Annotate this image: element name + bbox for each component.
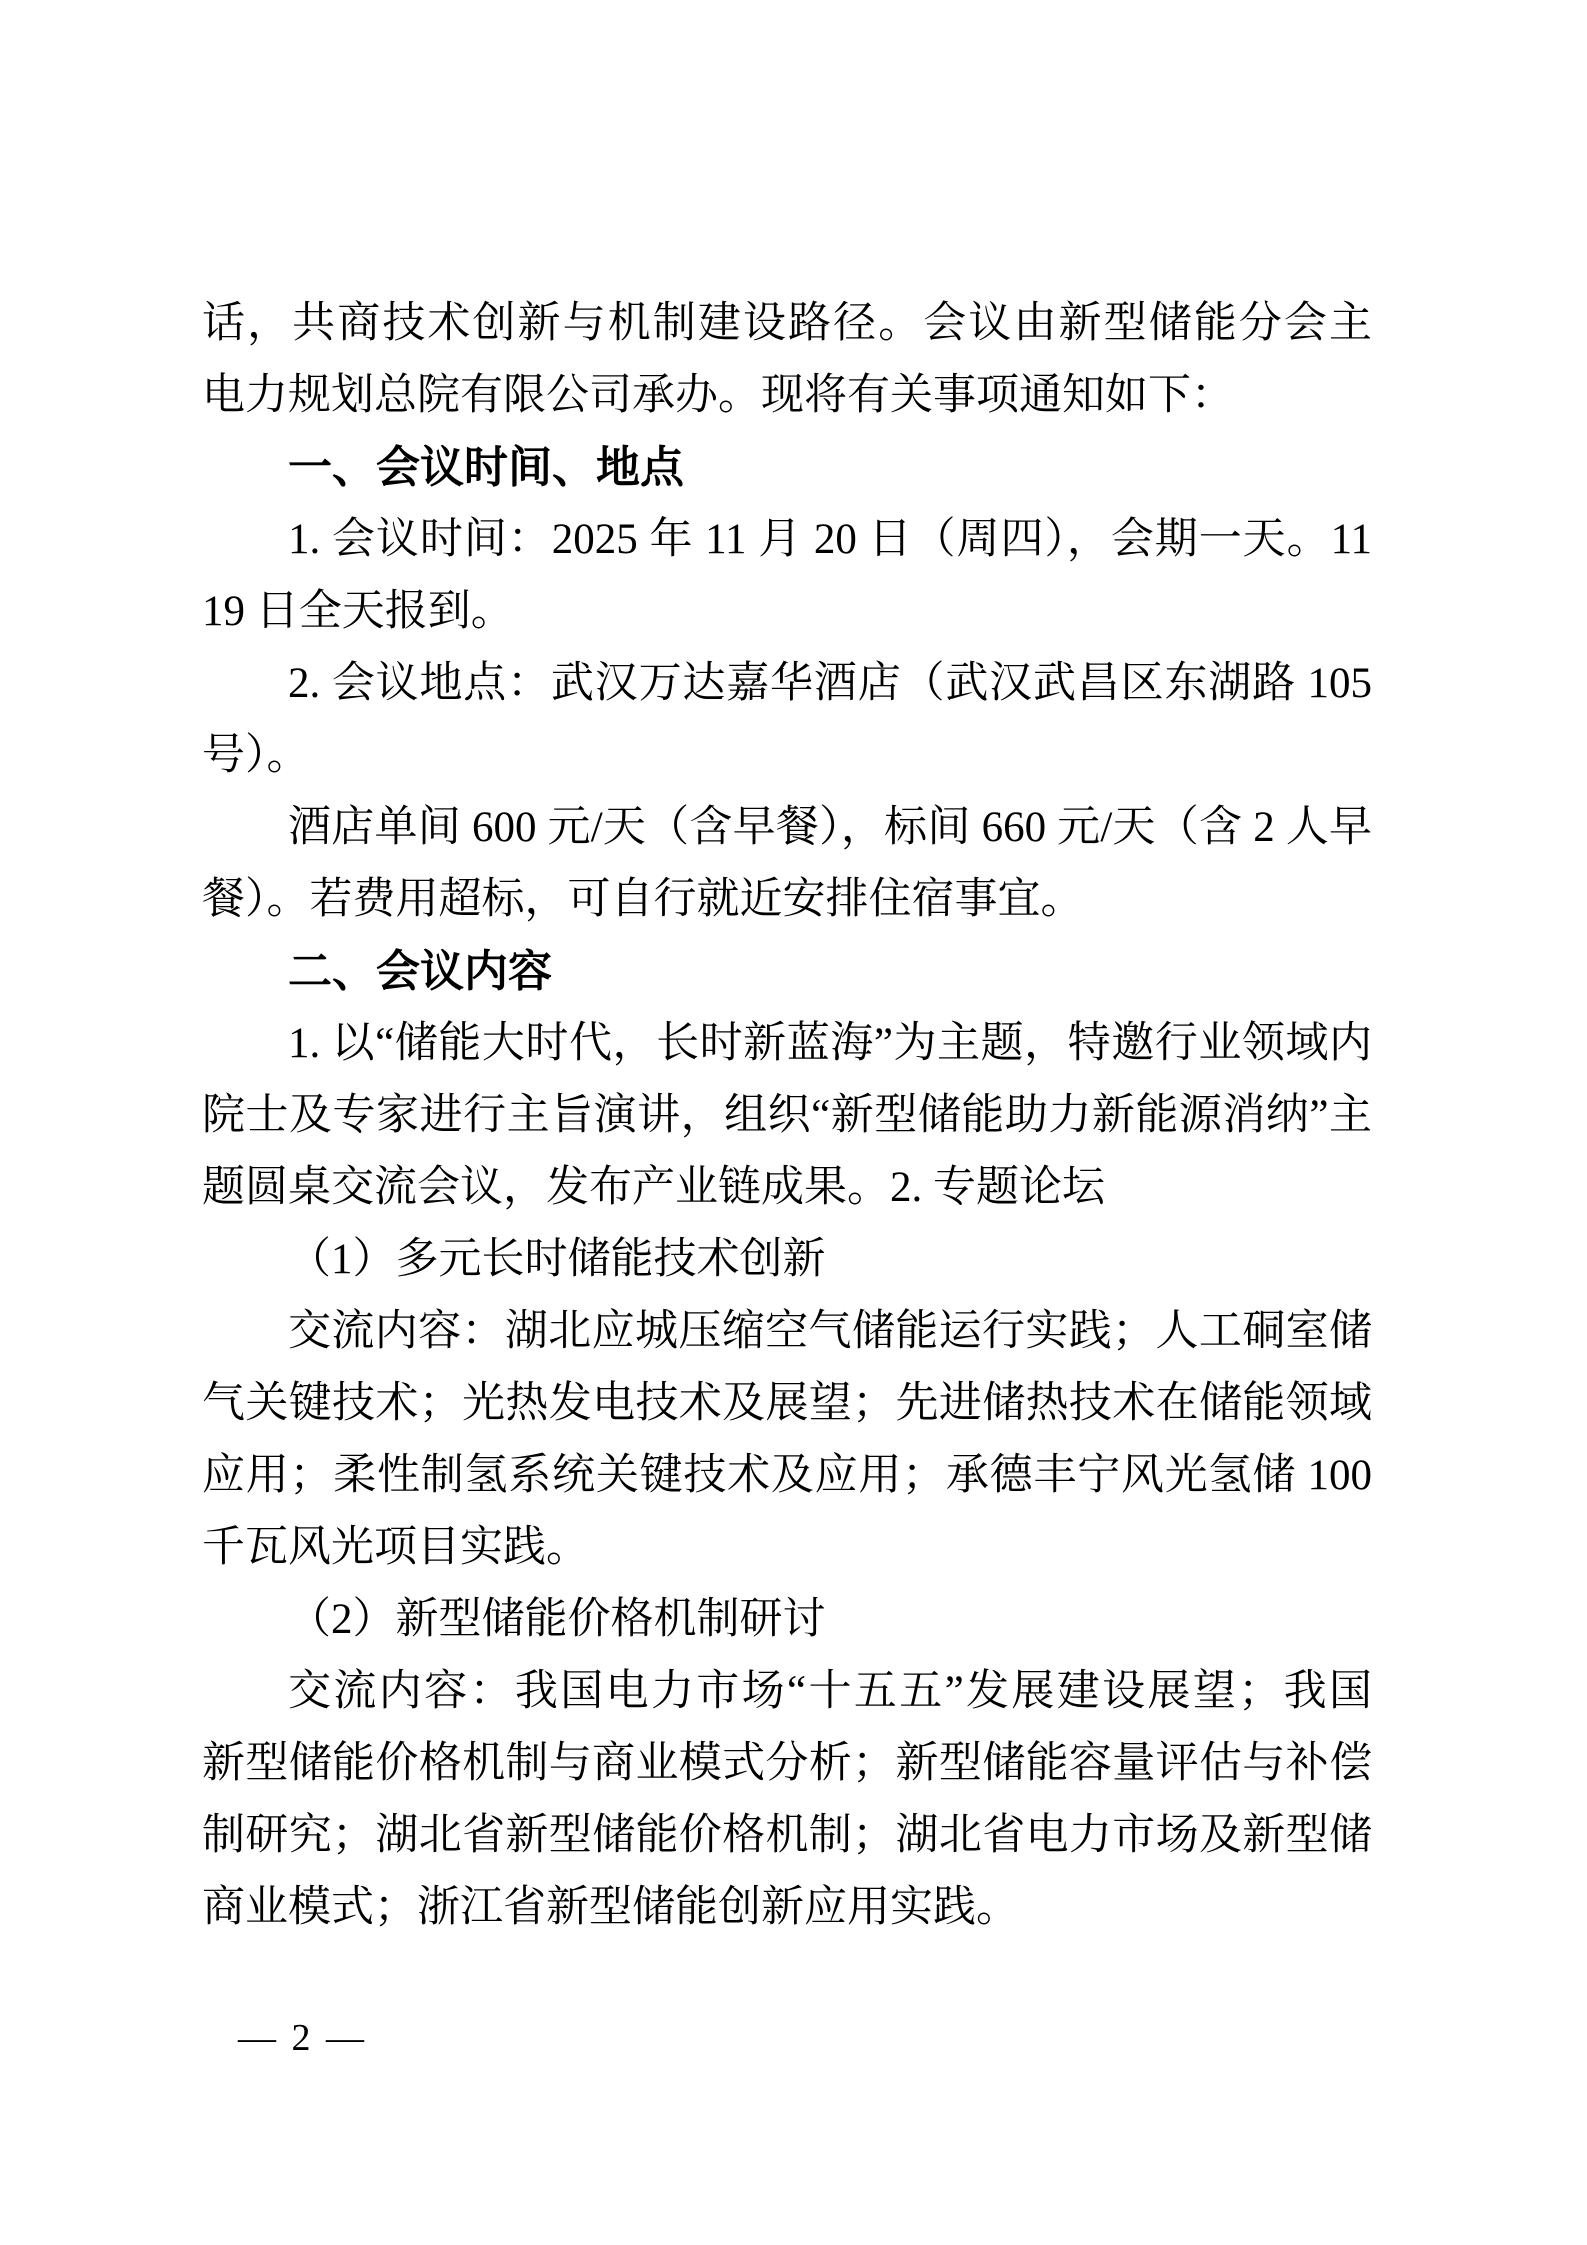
text-line: 2. 会议地点：武汉万达嘉华酒店（武汉武昌区东湖路 105 [202, 648, 1372, 720]
text-line: 1. 会议时间：2025 年 11 月 20 日（周四），会期一天。11 月 [202, 504, 1372, 576]
section-heading: 一、会议时间、地点 [202, 432, 1372, 504]
text-line: 气关键技术；光热发电技术及展望；先进储热技术在储能领域的 [202, 1368, 1372, 1440]
text-line: 餐）。若费用超标，可自行就近安排住宿事宜。 [202, 864, 1372, 936]
section-heading: 二、会议内容 [202, 936, 1372, 1008]
text-line: 交流内容：我国电力市场“十五五”发展建设展望；我国 [202, 1656, 1372, 1728]
text-line: 应用；柔性制氢系统关键技术及应用；承德丰宁风光氢储 100 万 [202, 1440, 1372, 1512]
document-body: 话，共商技术创新与机制建设路径。会议由新型储能分会主办，电力规划总院有限公司承办… [202, 288, 1372, 1944]
text-line: 商业模式；浙江省新型储能创新应用实践。 [202, 1872, 1372, 1944]
text-line: （2）新型储能价格机制研讨 [202, 1584, 1372, 1656]
page-number: — 2 — [238, 2017, 367, 2059]
text-line: 1. 以“储能大时代，长时新蓝海”为主题，特邀行业领域内 [202, 1008, 1372, 1080]
text-line: 电力规划总院有限公司承办。现将有关事项通知如下： [202, 360, 1372, 432]
text-line: 交流内容：湖北应城压缩空气储能运行实践；人工硐室储 [202, 1296, 1372, 1368]
text-line: 新型储能价格机制与商业模式分析；新型储能容量评估与补偿机 [202, 1728, 1372, 1800]
page-footer: — 2 — [238, 2013, 367, 2063]
text-line: 院士及专家进行主旨演讲，组织“新型储能助力新能源消纳”主 [202, 1080, 1372, 1152]
text-line: 话，共商技术创新与机制建设路径。会议由新型储能分会主办， [202, 288, 1372, 360]
text-line: 酒店单间 600 元/天（含早餐），标间 660 元/天（含 2 人早 [202, 792, 1372, 864]
text-line: 19 日全天报到。 [202, 576, 1372, 648]
text-line: （1）多元长时储能技术创新 [202, 1224, 1372, 1296]
text-line: 制研究；湖北省新型储能价格机制；湖北省电力市场及新型储能 [202, 1800, 1372, 1872]
text-line: 题圆桌交流会议，发布产业链成果。2. 专题论坛 [202, 1152, 1372, 1224]
document-page: 话，共商技术创新与机制建设路径。会议由新型储能分会主办，电力规划总院有限公司承办… [0, 0, 1587, 2245]
text-line: 号）。 [202, 720, 1372, 792]
text-line: 千瓦风光项目实践。 [202, 1512, 1372, 1584]
